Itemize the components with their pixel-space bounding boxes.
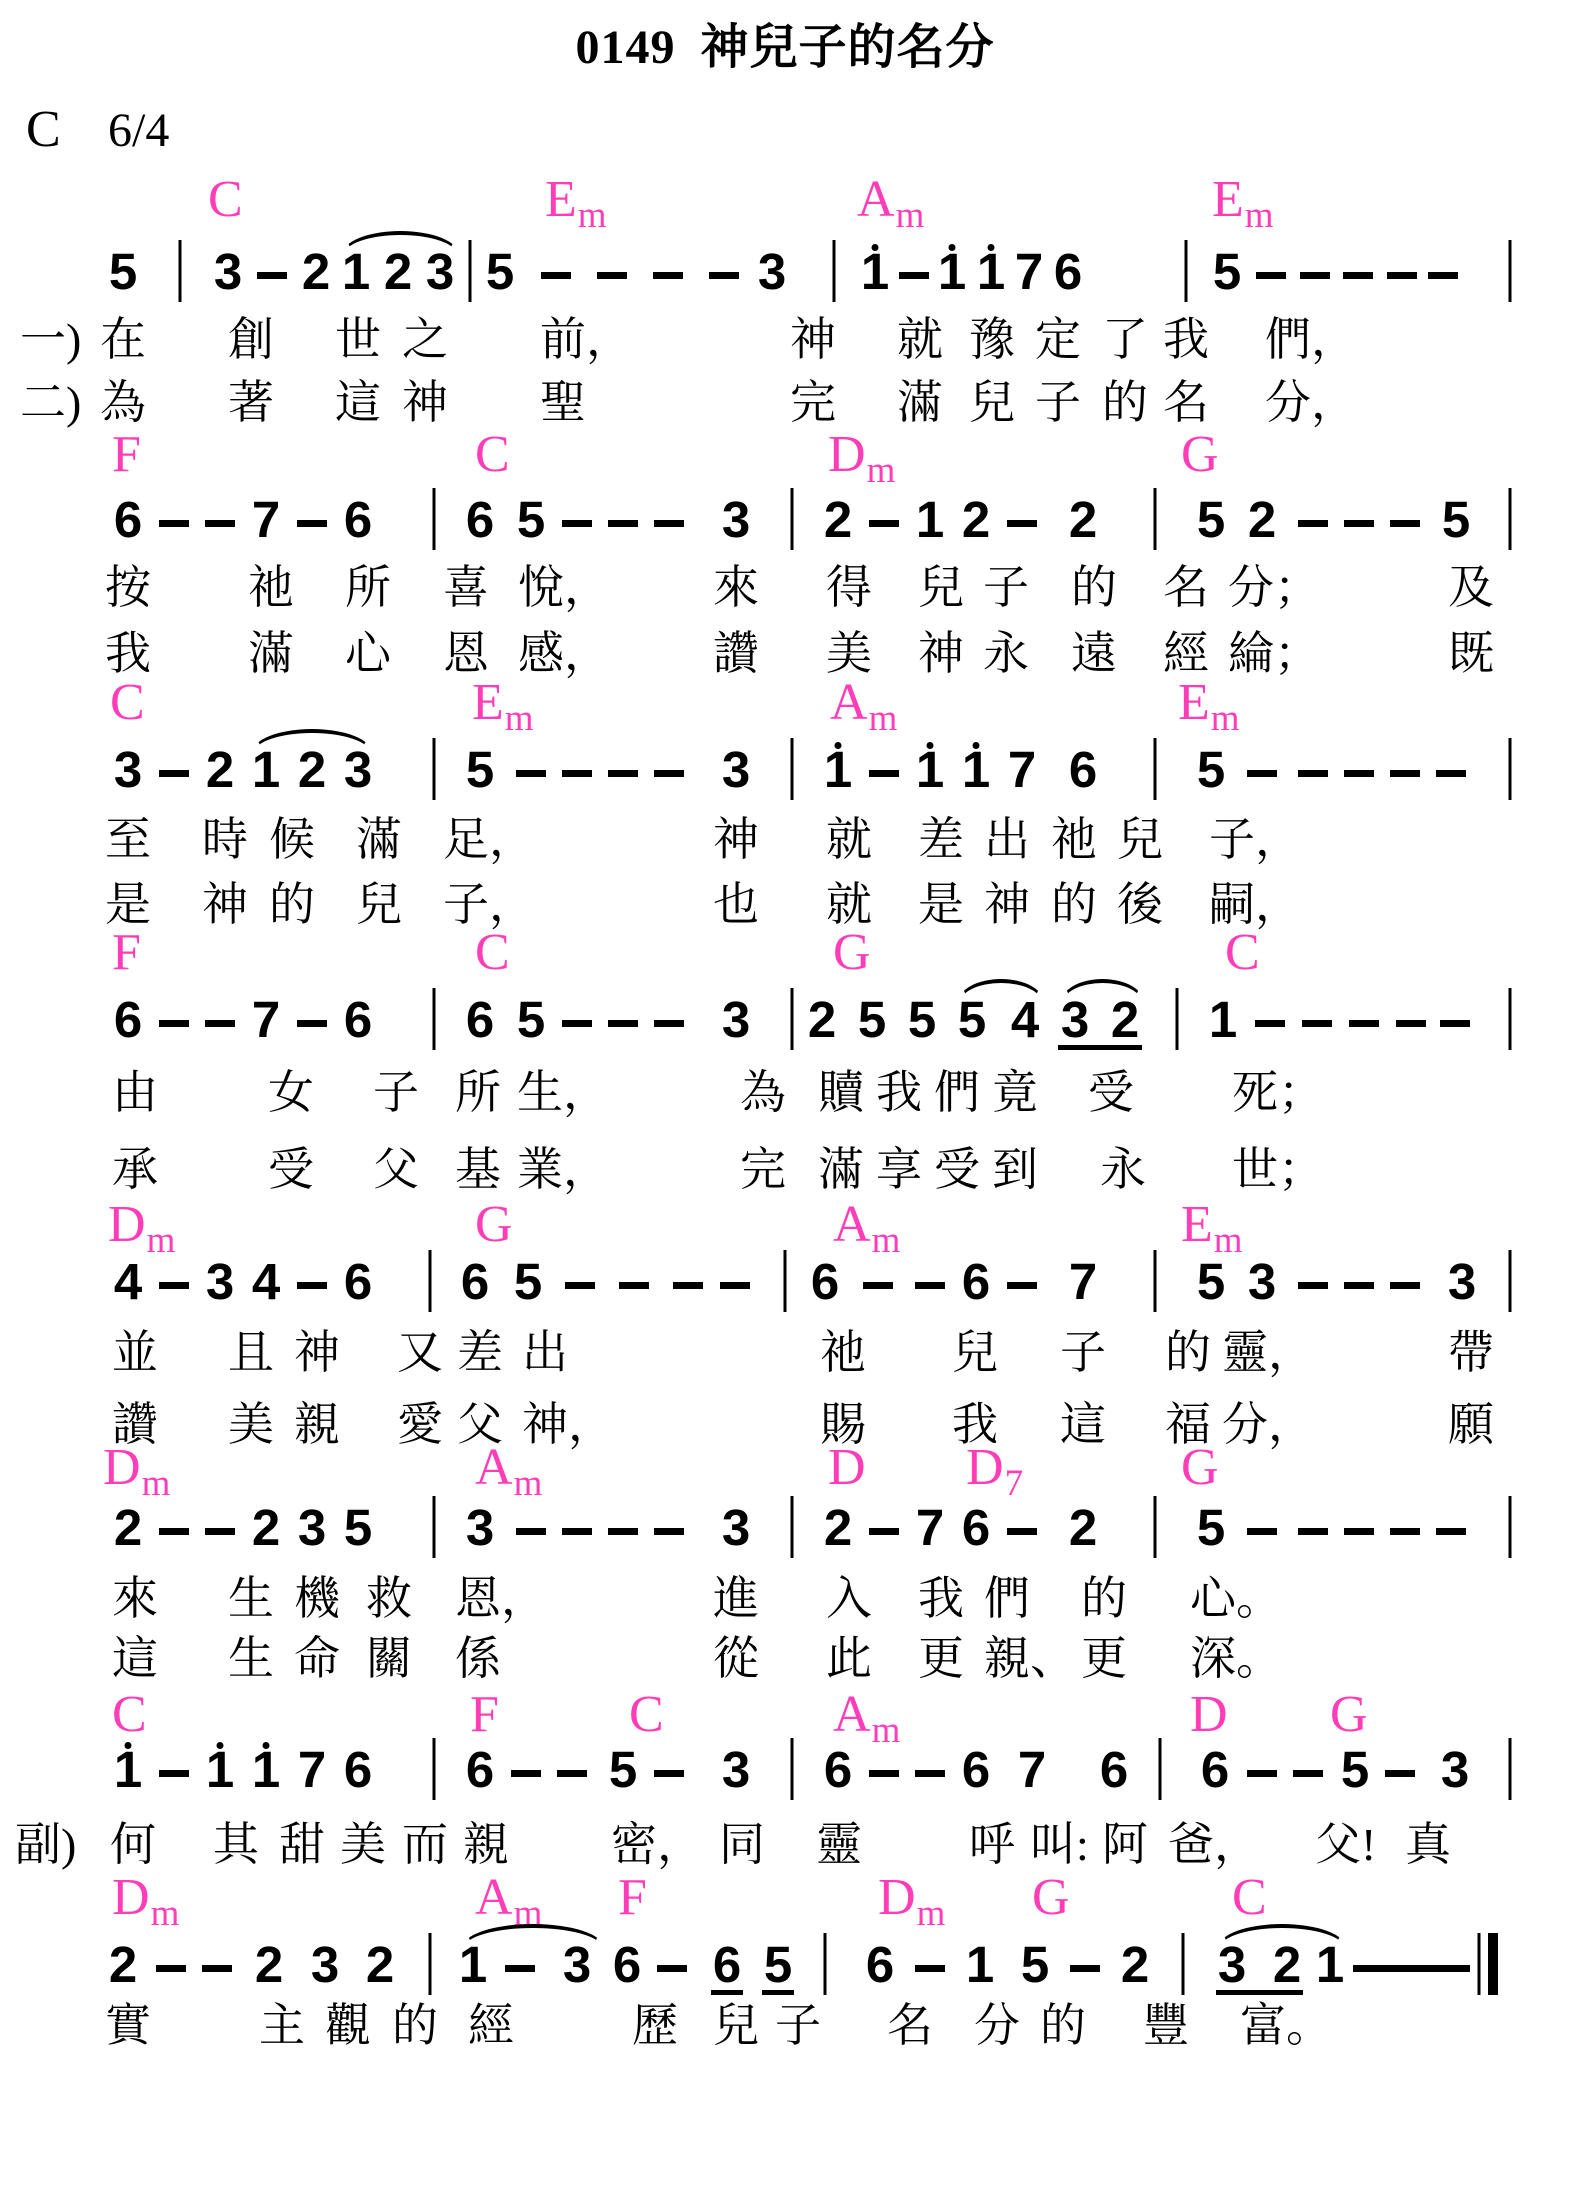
note-dash bbox=[1413, 1965, 1443, 1972]
note-dash bbox=[1302, 1020, 1332, 1027]
lyric-segment: 來 bbox=[112, 1576, 158, 1622]
note-dash bbox=[1383, 1965, 1413, 1972]
barline bbox=[824, 1933, 827, 1995]
lyric-segment: 美 bbox=[340, 1822, 386, 1868]
note-dash bbox=[899, 272, 929, 279]
chord-root: F bbox=[618, 1869, 647, 1926]
note-digit: 2 bbox=[1069, 1502, 1097, 1553]
lyric-segment: 靈， bbox=[1222, 1330, 1314, 1376]
lyric-segment: 的 bbox=[269, 882, 315, 928]
lyric-segment: 來 bbox=[713, 565, 759, 611]
lyric-segment: 富。 bbox=[1240, 2003, 1332, 2049]
barline bbox=[433, 1496, 436, 1558]
lyric-segment: 按 bbox=[105, 565, 151, 611]
note-digit: 2 bbox=[114, 1502, 142, 1553]
barline bbox=[433, 488, 436, 550]
lyric-segment: 阿 bbox=[1102, 1822, 1148, 1868]
octave-dot bbox=[973, 742, 980, 749]
barline bbox=[429, 1250, 432, 1312]
chord-root: E bbox=[545, 171, 577, 228]
chord-suffix: 7 bbox=[1005, 1463, 1024, 1504]
chord-label: Dm bbox=[112, 1872, 178, 1924]
note-digit: 5 bbox=[1442, 494, 1470, 545]
chord-label: C bbox=[112, 1689, 147, 1741]
lyric-segment: 生 bbox=[228, 1576, 274, 1622]
lyric-segment: 名 bbox=[887, 2003, 933, 2049]
chord-label: C bbox=[110, 677, 145, 729]
note-digit: 7 bbox=[252, 494, 280, 545]
chord-root: G bbox=[1181, 426, 1219, 483]
note-digit: 6 bbox=[1100, 1744, 1128, 1795]
note-dash bbox=[869, 1528, 899, 1535]
note-digit: 5 bbox=[486, 246, 514, 297]
lyric-segment: 父! bbox=[1315, 1822, 1376, 1868]
final-barline-thick bbox=[1488, 1933, 1498, 1995]
barline bbox=[1154, 1496, 1157, 1558]
note-digit: 6 bbox=[344, 994, 372, 1045]
lyric-segment: 差 bbox=[918, 817, 964, 863]
note-dash bbox=[869, 770, 899, 777]
beam-underline bbox=[1216, 1990, 1303, 1995]
lyric-segment: 這 bbox=[335, 380, 381, 426]
lyric-segment: 而 bbox=[402, 1822, 448, 1868]
lyric-segment: 的 bbox=[1071, 565, 1117, 611]
lyric-segment: 子 bbox=[1035, 380, 1081, 426]
chord-label: Em bbox=[472, 677, 533, 729]
lyric-segment: 兒 bbox=[918, 565, 964, 611]
note-digit: 4 bbox=[114, 1256, 142, 1307]
lyric-segment: 的 bbox=[1102, 380, 1148, 426]
barline bbox=[1509, 1496, 1512, 1558]
lyric-segment: 贖 bbox=[818, 1070, 864, 1116]
note-dash bbox=[1256, 272, 1286, 279]
chord-label: F bbox=[112, 927, 141, 979]
note-digit: 2 bbox=[255, 1939, 283, 1990]
chord-label: G bbox=[1330, 1689, 1368, 1741]
chord-label: Am bbox=[833, 1199, 899, 1251]
chord-suffix: m bbox=[872, 1220, 901, 1261]
note-dash bbox=[297, 1020, 327, 1027]
lyric-segment: 副) bbox=[15, 1822, 76, 1868]
lyric-segment: 更 bbox=[1081, 1636, 1127, 1682]
note-digit: 7 bbox=[252, 994, 280, 1045]
lyric-segment: 命 bbox=[294, 1636, 340, 1682]
barline bbox=[433, 1738, 436, 1800]
lyric-segment: 這 bbox=[1060, 1402, 1106, 1448]
lyric-segment: 子 bbox=[983, 565, 1029, 611]
chord-label: Am bbox=[857, 174, 923, 226]
chord-root: A bbox=[833, 1686, 871, 1743]
lyric-segment: 一) bbox=[20, 317, 81, 363]
lyric-segment: 完 bbox=[740, 1147, 786, 1193]
octave-dot bbox=[125, 1742, 132, 1749]
note-digit: 3 bbox=[298, 1502, 326, 1553]
lyric-segment: 至 bbox=[105, 817, 151, 863]
lyric-segment: 滿 bbox=[897, 380, 943, 426]
chord-label: C bbox=[629, 1689, 664, 1741]
lyric-segment: 神 bbox=[294, 1330, 340, 1376]
lyric-segment: 歷 bbox=[632, 2003, 678, 2049]
note-digit: 5 bbox=[609, 1744, 637, 1795]
note-digit: 7 bbox=[1069, 1256, 1097, 1307]
note-dash bbox=[1390, 770, 1420, 777]
lyric-segment: 機 bbox=[294, 1576, 340, 1622]
note-dash bbox=[1344, 1528, 1374, 1535]
lyric-segment: 出 bbox=[522, 1330, 568, 1376]
lyric-segment: 心。 bbox=[1190, 1576, 1282, 1622]
note-dash bbox=[1390, 1282, 1420, 1289]
lyric-segment: 救 bbox=[366, 1576, 412, 1622]
lyric-segment: 並 bbox=[112, 1330, 158, 1376]
note-digit: 6 bbox=[466, 1744, 494, 1795]
note-dash bbox=[156, 1965, 186, 1972]
note-digit: 5 bbox=[517, 994, 545, 1045]
note-dash bbox=[915, 1770, 945, 1777]
lyric-segment: 基 bbox=[455, 1147, 501, 1193]
lyric-segment: 聖 bbox=[540, 380, 586, 426]
note-digit: 1 bbox=[252, 1744, 280, 1795]
note-dash bbox=[159, 770, 189, 777]
note-digit: 3 bbox=[1448, 1256, 1476, 1307]
octave-dot bbox=[872, 244, 879, 251]
note-dash bbox=[1387, 272, 1417, 279]
lyric-segment: 係 bbox=[455, 1636, 501, 1682]
note-dash bbox=[915, 1965, 945, 1972]
lyric-segment: 綸； bbox=[1228, 631, 1320, 677]
chord-label: C bbox=[1232, 1872, 1267, 1924]
chord-suffix: m bbox=[151, 1893, 180, 1934]
note-dash bbox=[1070, 1965, 1100, 1972]
lyric-segment: 實 bbox=[105, 2003, 151, 2049]
note-digit: 3 bbox=[758, 246, 786, 297]
note-dash bbox=[1349, 1020, 1379, 1027]
lyric-segment: 爸， bbox=[1168, 1822, 1260, 1868]
note-digit: 5 bbox=[1021, 1939, 1049, 1990]
chord-label: D7 bbox=[966, 1442, 1022, 1494]
barline bbox=[791, 488, 794, 550]
chord-root: C bbox=[1225, 924, 1260, 981]
lyric-segment: 由 bbox=[112, 1070, 158, 1116]
note-dash bbox=[1343, 272, 1373, 279]
chord-root: C bbox=[475, 924, 510, 981]
lyric-segment: 我 bbox=[1163, 317, 1209, 363]
lyric-segment: 父 bbox=[373, 1147, 419, 1193]
lyric-segment: 呼 bbox=[969, 1822, 1015, 1868]
lyric-segment: 子 bbox=[775, 2003, 821, 2049]
lyric-segment: 竟 bbox=[992, 1070, 1038, 1116]
lyric-segment: 得 bbox=[826, 565, 872, 611]
lyric-segment: 祂 bbox=[248, 565, 294, 611]
barline bbox=[1509, 488, 1512, 550]
lyric-segment: 就 bbox=[897, 317, 943, 363]
chord-label: Em bbox=[1181, 1199, 1242, 1251]
note-digit: 5 bbox=[1197, 494, 1225, 545]
barline bbox=[1154, 738, 1157, 800]
barline bbox=[1182, 1933, 1185, 1995]
note-dash bbox=[1344, 770, 1374, 777]
note-digit: 2 bbox=[109, 1939, 137, 1990]
lyric-segment: 所 bbox=[455, 1070, 501, 1116]
chord-root: E bbox=[1178, 674, 1210, 731]
lyric-segment: 分， bbox=[1265, 380, 1357, 426]
note-underline bbox=[762, 1990, 794, 1995]
note-dash bbox=[511, 1770, 541, 1777]
note-dash bbox=[653, 272, 683, 279]
chord-root: G bbox=[1032, 1869, 1070, 1926]
barline bbox=[791, 1496, 794, 1558]
barline bbox=[179, 240, 182, 302]
note-digit: 3 bbox=[311, 1939, 339, 1990]
note-digit: 6 bbox=[811, 1256, 839, 1307]
lyric-segment: 分； bbox=[1228, 565, 1320, 611]
note-dash bbox=[159, 1020, 189, 1027]
lyric-segment: 神 bbox=[713, 817, 759, 863]
lyric-segment: 名 bbox=[1163, 565, 1209, 611]
lyric-segment: 更 bbox=[918, 1636, 964, 1682]
lyric-segment: 叫: bbox=[1030, 1822, 1089, 1868]
lyric-segment: 親、 bbox=[984, 1636, 1076, 1682]
note-digit: 3 bbox=[1248, 1256, 1276, 1307]
octave-dot bbox=[217, 1742, 224, 1749]
note-digit: 1 bbox=[962, 744, 990, 795]
lyric-segment: 後 bbox=[1117, 882, 1163, 928]
lyric-segment: 世 bbox=[335, 317, 381, 363]
chord-root: F bbox=[112, 924, 141, 981]
chord-root: E bbox=[1212, 171, 1244, 228]
key-letter: C bbox=[26, 101, 61, 158]
note-digit: 6 bbox=[114, 994, 142, 1045]
lyric-segment: 所 bbox=[345, 565, 391, 611]
lyric-segment: 滿 bbox=[818, 1147, 864, 1193]
lyric-segment: 承 bbox=[112, 1147, 158, 1193]
note-dash bbox=[608, 520, 638, 527]
lyric-segment: 嗣， bbox=[1209, 882, 1301, 928]
note-digit: 3 bbox=[722, 1744, 750, 1795]
note-dash bbox=[1440, 1020, 1470, 1027]
note-dash bbox=[541, 272, 571, 279]
note-dash bbox=[205, 520, 235, 527]
note-digit: 3 bbox=[214, 246, 242, 297]
lyric-segment: 分， bbox=[1222, 1402, 1314, 1448]
note-dash bbox=[1344, 520, 1374, 527]
chord-label: Dm bbox=[878, 1872, 944, 1924]
barline bbox=[791, 738, 794, 800]
lyric-segment: 我 bbox=[918, 1576, 964, 1622]
lyric-segment: 悅， bbox=[518, 565, 610, 611]
note-dash bbox=[863, 1282, 893, 1289]
chord-label: G bbox=[1032, 1872, 1070, 1924]
chord-root: D bbox=[828, 426, 866, 483]
chord-suffix: m bbox=[505, 698, 534, 739]
note-digit: 6 bbox=[962, 1502, 990, 1553]
lyric-segment: 神 bbox=[918, 631, 964, 677]
note-digit: 6 bbox=[466, 994, 494, 1045]
chord-label: C bbox=[1225, 927, 1260, 979]
lyric-segment: 祂 bbox=[1051, 817, 1097, 863]
barline bbox=[1509, 738, 1512, 800]
note-digit: 1 bbox=[114, 1744, 142, 1795]
lyric-segment: 差 bbox=[457, 1330, 503, 1376]
final-barline-thin bbox=[1478, 1933, 1481, 1995]
note-digit: 7 bbox=[1018, 1744, 1046, 1795]
note-dash bbox=[205, 1020, 235, 1027]
lyric-segment: 子 bbox=[1060, 1330, 1106, 1376]
barline bbox=[433, 738, 436, 800]
note-dash bbox=[597, 272, 627, 279]
lyric-segment: 愛 bbox=[397, 1402, 443, 1448]
note-dash bbox=[1293, 1770, 1323, 1777]
chord-label: Em bbox=[1178, 677, 1239, 729]
lyric-segment: 恩 bbox=[443, 631, 489, 677]
note-digit: 6 bbox=[824, 1744, 852, 1795]
chord-root: G bbox=[1181, 1439, 1219, 1496]
chord-label: Am bbox=[833, 1689, 899, 1741]
lyric-segment: 經 bbox=[1163, 631, 1209, 677]
note-dash bbox=[1247, 1770, 1277, 1777]
note-dash bbox=[1298, 520, 1328, 527]
chord-root: C bbox=[629, 1686, 664, 1743]
note-digit: 5 bbox=[1197, 1502, 1225, 1553]
barline bbox=[1185, 240, 1188, 302]
note-digit: 3 bbox=[722, 494, 750, 545]
lyric-segment: 們， bbox=[1265, 317, 1357, 363]
note-digit: 2 bbox=[962, 494, 990, 545]
slur-arc bbox=[462, 1924, 604, 1948]
note-digit: 6 bbox=[713, 1939, 741, 1990]
note-dash bbox=[720, 1282, 750, 1289]
barline bbox=[1509, 988, 1512, 1050]
chord-suffix: m bbox=[142, 1463, 171, 1504]
chord-root: C bbox=[112, 1686, 147, 1743]
note-dash bbox=[654, 770, 684, 777]
lyric-segment: 入 bbox=[826, 1576, 872, 1622]
note-digit: 3 bbox=[722, 994, 750, 1045]
note-dash bbox=[673, 1282, 703, 1289]
note-dash bbox=[1298, 770, 1328, 777]
note-dash bbox=[159, 1770, 189, 1777]
note-digit: 3 bbox=[722, 744, 750, 795]
lyric-segment: 也 bbox=[713, 882, 759, 928]
chord-suffix: m bbox=[578, 195, 607, 236]
note-dash bbox=[654, 1528, 684, 1535]
lyric-segment: 永 bbox=[1100, 1147, 1146, 1193]
chord-label: C bbox=[475, 429, 510, 481]
note-digit: 6 bbox=[613, 1939, 641, 1990]
note-digit: 5 bbox=[466, 744, 494, 795]
lyric-segment: 且 bbox=[228, 1330, 274, 1376]
chord-suffix: m bbox=[872, 1710, 901, 1751]
note-dash bbox=[562, 520, 592, 527]
lyric-segment: 及 bbox=[1448, 565, 1494, 611]
note-digit: 1 bbox=[938, 246, 966, 297]
chord-label: Am bbox=[475, 1442, 541, 1494]
barline bbox=[1509, 1738, 1512, 1800]
lyric-segment: 滿 bbox=[248, 631, 294, 677]
time-signature: 6/4 bbox=[108, 107, 169, 155]
lyric-segment: 女 bbox=[268, 1070, 314, 1116]
barline bbox=[429, 1933, 432, 1995]
lyric-segment: 主 bbox=[259, 2003, 305, 2049]
note-underline bbox=[711, 1990, 743, 1995]
lyric-segment: 祂 bbox=[820, 1330, 866, 1376]
lyric-segment: 死； bbox=[1232, 1070, 1324, 1116]
chord-suffix: m bbox=[867, 450, 896, 491]
note-digit: 3 bbox=[114, 744, 142, 795]
note-digit: 2 bbox=[366, 1939, 394, 1990]
lyric-segment: 是 bbox=[105, 882, 151, 928]
lyric-segment: 子 bbox=[373, 1070, 419, 1116]
chord-root: C bbox=[208, 171, 243, 228]
note-digit: 5 bbox=[1213, 246, 1241, 297]
barline bbox=[791, 1738, 794, 1800]
note-digit: 2 bbox=[302, 246, 330, 297]
chord-suffix: m bbox=[869, 698, 898, 739]
note-digit: 5 bbox=[1341, 1744, 1369, 1795]
note-dash bbox=[1390, 520, 1420, 527]
note-dash bbox=[869, 520, 899, 527]
lyric-segment: 定 bbox=[1035, 317, 1081, 363]
note-digit: 6 bbox=[1201, 1744, 1229, 1795]
note-digit: 6 bbox=[344, 494, 372, 545]
chord-label: G bbox=[833, 927, 871, 979]
lyric-segment: 著 bbox=[228, 380, 274, 426]
lyric-segment: 神 bbox=[202, 882, 248, 928]
note-dash bbox=[1428, 272, 1458, 279]
chord-suffix: m bbox=[1211, 698, 1240, 739]
lyric-segment: 豐 bbox=[1143, 2003, 1189, 2049]
lyric-segment: 關 bbox=[366, 1636, 412, 1682]
note-digit: 1 bbox=[861, 246, 889, 297]
note-digit: 2 bbox=[1248, 494, 1276, 545]
note-dash bbox=[297, 1282, 327, 1289]
lyric-segment: 兒 bbox=[1117, 817, 1163, 863]
note-dash bbox=[1344, 1282, 1374, 1289]
lyric-segment: 真 bbox=[1405, 1822, 1451, 1868]
lyric-segment: 我 bbox=[876, 1070, 922, 1116]
lyric-segment: 足， bbox=[443, 817, 535, 863]
lyric-segment: 神 bbox=[984, 882, 1030, 928]
note-dash bbox=[1390, 1528, 1420, 1535]
note-dash bbox=[619, 1282, 649, 1289]
lyric-segment: 享 bbox=[876, 1147, 922, 1193]
chord-label: Dm bbox=[108, 1199, 174, 1251]
note-dash bbox=[257, 272, 287, 279]
lyric-segment: 分 bbox=[974, 2003, 1020, 2049]
chord-root: F bbox=[112, 426, 141, 483]
note-digit: 5 bbox=[517, 494, 545, 545]
note-dash bbox=[1255, 1020, 1285, 1027]
note-dash bbox=[159, 520, 189, 527]
note-dash bbox=[869, 1770, 899, 1777]
chord-root: D bbox=[112, 1869, 150, 1926]
chord-root: A bbox=[857, 171, 895, 228]
lyric-segment: 時 bbox=[202, 817, 248, 863]
chord-label: C bbox=[208, 174, 243, 226]
chord-root: E bbox=[1181, 1196, 1213, 1253]
note-digit: 7 bbox=[1008, 744, 1036, 795]
lyric-segment: 子， bbox=[443, 882, 535, 928]
barline bbox=[1509, 1250, 1512, 1312]
chord-label: Em bbox=[1212, 174, 1273, 226]
note-dash bbox=[562, 1528, 592, 1535]
note-dash bbox=[654, 1020, 684, 1027]
lyric-segment: 兒 bbox=[713, 2003, 759, 2049]
lyric-segment: 是 bbox=[918, 882, 964, 928]
chord-root: C bbox=[475, 426, 510, 483]
lyric-segment: 世； bbox=[1232, 1147, 1324, 1193]
note-dash bbox=[1007, 1528, 1037, 1535]
lyric-segment: 之 bbox=[402, 317, 448, 363]
